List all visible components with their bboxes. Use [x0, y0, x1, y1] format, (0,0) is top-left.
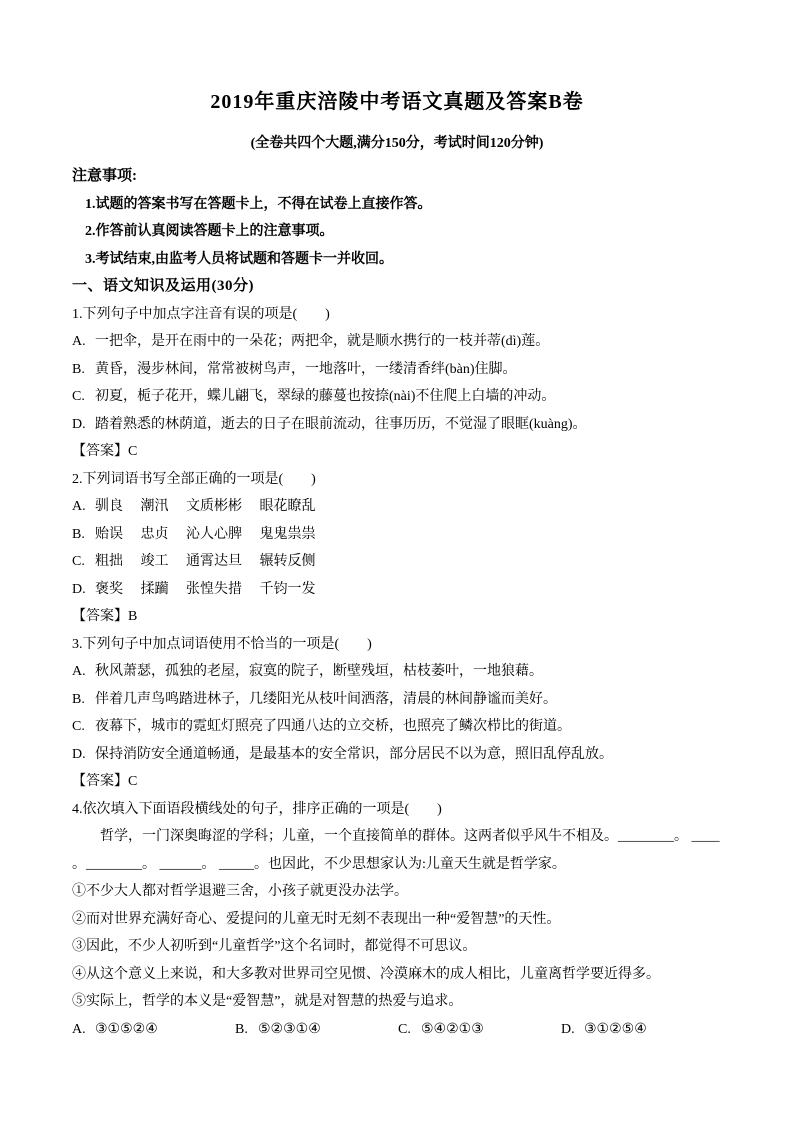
question4-sentence-2: ②而对世界充满好奇心、爱提问的儿童无时无刻不表现出一种“爱智慧”的天性。	[72, 906, 744, 934]
option-label: A.	[72, 493, 93, 521]
question2-option-d: D.褒奖 揉躏 张惶失措 千钧一发	[72, 576, 744, 604]
question2-option-b: B.贻误 忠贞 沁人心脾 鬼鬼祟祟	[72, 521, 744, 549]
question3-option-c: C.夜幕下，城市的霓虹灯照亮了四通八达的立交桥，也照亮了鳞次栉比的街道。	[72, 713, 744, 741]
option-text: 黄昏，漫步林间，常常被树鸟声，一地落叶，一缕清香绊(bàn)住脚。	[95, 362, 517, 377]
option-text: 贻误 忠贞 沁人心脾 鬼鬼祟祟	[95, 527, 316, 542]
question4-passage-line2: 。________。 ______。 _____。也因此，不少思想家认为:儿童天…	[72, 851, 744, 879]
question2-stem: 2.下列词语书写全部正确的一项是( )	[72, 466, 744, 494]
question2-answer: 【答案】B	[72, 603, 744, 631]
exam-body: 注意事项: 1.试题的答案书写在答题卡上，不得在试卷上直接作答。 2.作答前认真…	[0, 163, 794, 1043]
option-label: D.	[72, 741, 93, 769]
option-text: 粗拙 竣工 通霄达旦 辗转反侧	[95, 554, 316, 569]
option-text: 褒奖 揉躏 张惶失措 千钧一发	[95, 582, 316, 597]
option-label: B.	[72, 356, 93, 384]
question3-option-d: D.保持消防安全通道畅通，是最基本的安全常识，部分居民不以为意，照旧乱停乱放。	[72, 741, 744, 769]
question4-choices-row: A.③①⑤②④B.⑤②③①④C.⑤④②①③D.③①②⑤④	[72, 1016, 744, 1044]
option-text: 保持消防安全通道畅通，是最基本的安全常识，部分居民不以为意，照旧乱停乱放。	[95, 747, 613, 762]
exam-title: 2019年重庆涪陵中考语文真题及答案B卷	[0, 0, 794, 116]
question1-option-b: B.黄昏，漫步林间，常常被树鸟声，一地落叶，一缕清香绊(bàn)住脚。	[72, 356, 744, 384]
question4-sentence-4: ④从这个意义上来说，和大多教对世界司空见惯、冷漠麻木的成人相比，儿童离哲学要近得…	[72, 961, 744, 989]
option-label: C.	[72, 713, 93, 741]
option-text: 驯良 潮汛 文质彬彬 眼花瞭乱	[95, 499, 316, 514]
option-label: B.	[72, 686, 93, 714]
notice-item-3: 3.考试结束,由监考人员将试题和答题卡一并收回。	[72, 246, 744, 274]
question4-choice-d: D.③①②⑤④	[561, 1016, 647, 1044]
question4-sentence-3: ③因此，不少人初听到“儿童哲学”这个名词时，都觉得不可思议。	[72, 933, 744, 961]
exam-document-page: 2019年重庆涪陵中考语文真题及答案B卷 (全卷共四个大题,满分150分，考试时…	[0, 0, 794, 1123]
option-label: B.	[235, 1016, 256, 1044]
option-text: ③①⑤②④	[95, 1022, 158, 1037]
option-text: 初夏，栀子花开，蝶儿翩飞，翠绿的藤蔓也按捺(nài)不住爬上白墙的冲动。	[95, 389, 555, 404]
question3-option-a: A.秋风萧瑟，孤独的老屋，寂寞的院子，断壁残垣，枯枝萎叶，一地狼藉。	[72, 658, 744, 686]
notice-heading: 注意事项:	[72, 163, 744, 191]
question4-passage-line1: 哲学，一门深奥晦涩的学科；儿童，一个直接简单的群体。这两者似乎风牛不相及。___…	[72, 823, 744, 851]
option-text: ⑤②③①④	[258, 1022, 321, 1037]
option-label: C.	[72, 548, 93, 576]
question4-choice-a: A.③①⑤②④	[72, 1016, 235, 1044]
option-label: A.	[72, 328, 93, 356]
option-label: D.	[72, 411, 93, 439]
question1-option-d: D.踏着熟悉的林荫道，逝去的日子在眼前流动，往事历历，不觉湿了眼眶(kuàng)…	[72, 411, 744, 439]
exam-subtitle: (全卷共四个大题,满分150分，考试时间120分钟)	[0, 133, 794, 155]
question1-stem: 1.下列句子中加点字注音有误的项是( )	[72, 301, 744, 329]
option-label: B.	[72, 521, 93, 549]
question3-option-b: B.伴着几声鸟鸣踏进林子，几缕阳光从枝叶间洒落，清晨的林间静谧而美好。	[72, 686, 744, 714]
option-label: A.	[72, 658, 93, 686]
question3-stem: 3.下列句子中加点词语使用不恰当的一项是( )	[72, 631, 744, 659]
option-text: 一把伞，是开在雨中的一朵花；两把伞，就是顺水携行的一枝并蒂(dì)莲。	[95, 334, 549, 349]
notice-item-1: 1.试题的答案书写在答题卡上，不得在试卷上直接作答。	[72, 191, 744, 219]
section-heading: 一、语文知识及运用(30分)	[72, 273, 744, 301]
question1-option-a: A.一把伞，是开在雨中的一朵花；两把伞，就是顺水携行的一枝并蒂(dì)莲。	[72, 328, 744, 356]
question4-stem: 4.依次填入下面语段横线处的句子，排序正确的一项是( )	[72, 796, 744, 824]
question4-sentence-5: ⑤实际上，哲学的本义是“爱智慧”，就是对智慧的热爱与追求。	[72, 988, 744, 1016]
question4-sentence-1: ①不少大人都对哲学退避三舍，小孩子就更没办法学。	[72, 878, 744, 906]
option-text: 秋风萧瑟，孤独的老屋，寂寞的院子，断壁残垣，枯枝萎叶，一地狼藉。	[95, 664, 543, 679]
question1-option-c: C.初夏，栀子花开，蝶儿翩飞，翠绿的藤蔓也按捺(nài)不住爬上白墙的冲动。	[72, 383, 744, 411]
question2-option-a: A.驯良 潮汛 文质彬彬 眼花瞭乱	[72, 493, 744, 521]
question4-choice-b: B.⑤②③①④	[235, 1016, 398, 1044]
option-text: ⑤④②①③	[421, 1022, 484, 1037]
question2-option-c: C.粗拙 竣工 通霄达旦 辗转反侧	[72, 548, 744, 576]
option-text: 夜幕下，城市的霓虹灯照亮了四通八达的立交桥，也照亮了鳞次栉比的街道。	[95, 719, 571, 734]
option-text: ③①②⑤④	[584, 1022, 647, 1037]
question4-choice-c: C.⑤④②①③	[398, 1016, 561, 1044]
option-text: 伴着几声鸟鸣踏进林子，几缕阳光从枝叶间洒落，清晨的林间静谧而美好。	[95, 692, 557, 707]
option-label: C.	[72, 383, 93, 411]
option-label: A.	[72, 1016, 93, 1044]
notice-item-2: 2.作答前认真阅读答题卡上的注意事项。	[72, 218, 744, 246]
option-label: D.	[561, 1016, 582, 1044]
option-text: 踏着熟悉的林荫道，逝去的日子在眼前流动，往事历历，不觉湿了眼眶(kuàng)。	[95, 417, 587, 432]
option-label: C.	[398, 1016, 419, 1044]
question3-answer: 【答案】C	[72, 768, 744, 796]
question1-answer: 【答案】C	[72, 438, 744, 466]
option-label: D.	[72, 576, 93, 604]
